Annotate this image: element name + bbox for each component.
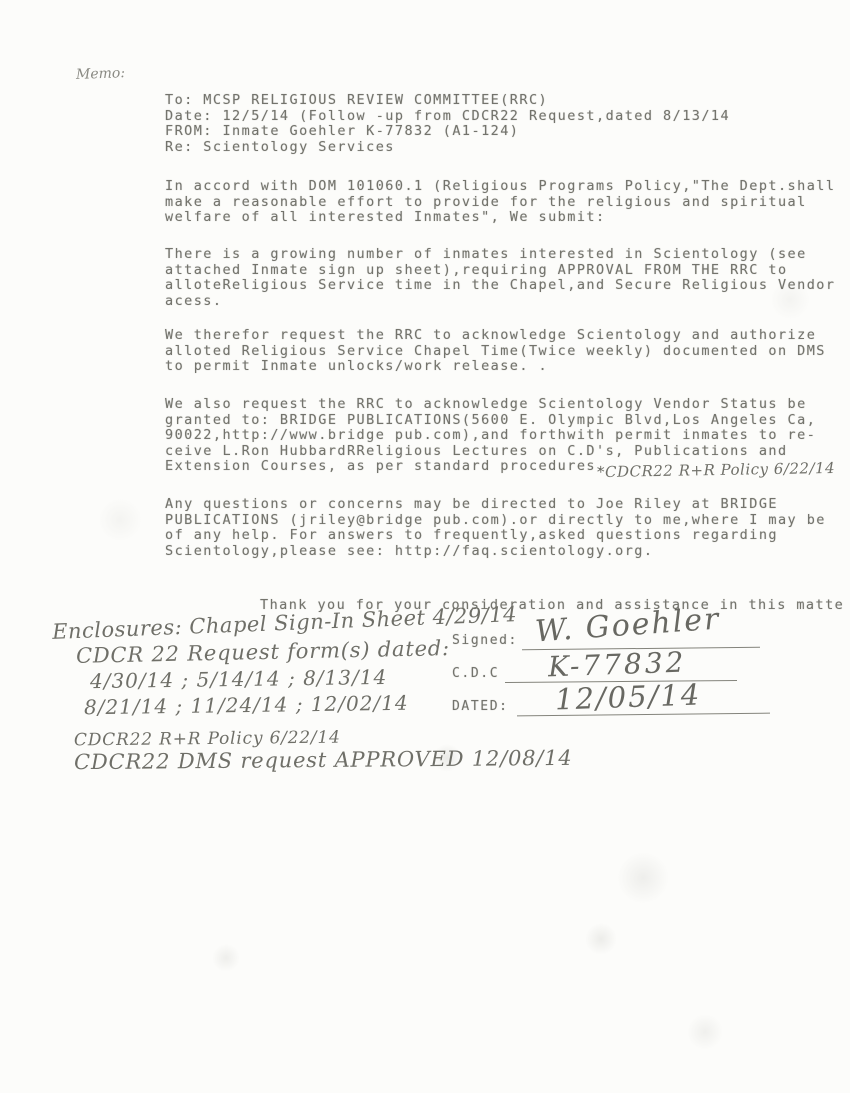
enclosure-line-4: 8/21/14 ; 11/24/14 ; 12/02/14 [84,691,409,720]
dated-value: 12/05/14 [554,677,701,716]
cdc-label: C.D.C [452,666,499,681]
memo-label: Memo: [76,65,126,83]
dated-label: DATED: [452,699,509,714]
signed-label: Signed: [452,633,518,648]
enclosure-line-6: CDCR22 DMS request APPROVED 12/08/14 [74,746,573,774]
memo-paragraph-3: We therefor request the RRC to acknowled… [165,328,826,375]
rr-policy-annotation: *CDCR22 R+R Policy 6/22/14 [597,459,835,481]
enclosure-line-3: 4/30/14 ; 5/14/14 ; 8/13/14 [90,665,388,693]
scanned-memo-page: Memo: To: MCSP RELIGIOUS REVIEW COMMITTE… [0,0,850,1093]
enclosure-line-5: CDCR22 R+R Policy 6/22/14 [74,728,341,751]
memo-header: To: MCSP RELIGIOUS REVIEW COMMITTEE(RRC)… [165,93,730,155]
memo-paragraph-5: Any questions or concerns may be directe… [165,497,826,559]
memo-paragraph-2: There is a growing number of inmates int… [165,247,835,309]
memo-paragraph-1: In accord with DOM 101060.1 (Religious P… [165,179,835,226]
